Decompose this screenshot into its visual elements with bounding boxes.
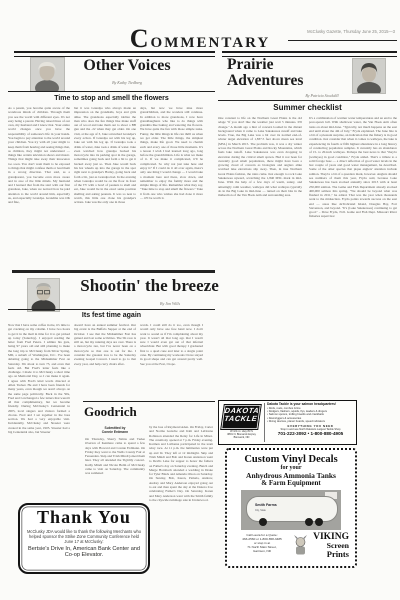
dakota-tackle-ad: DAKOTA TACKLE W 3/4 mi. Hwy 83 S 3801 N.… — [218, 400, 357, 445]
column-title-prairie-adventures: Prairie Adventures — [227, 57, 352, 90]
other-voices-column-3: days, but now we have nine more grandchi… — [140, 106, 203, 269]
shootin-column-2: doesn't have an annual summer festival. … — [74, 323, 136, 397]
viking-screen-prints-logo: VIKING Screen Prints — [293, 533, 349, 559]
vinyl-ad-line4: & Farm Equipment — [227, 480, 355, 488]
vinyl-ad-contact: Call Laura for a Quote: 463-2560 or 1-80… — [231, 533, 293, 559]
viking-mascot-image — [293, 534, 308, 556]
other-voices-rule — [8, 91, 215, 92]
viking-text-block: VIKING Screen Prints — [308, 533, 349, 559]
column-title-goodrich: Goodrich — [84, 404, 184, 420]
thank-you-body: McClusky JDA would like to thank the fol… — [20, 528, 148, 544]
newspaper-page: McClusky Gazette, Thursday June 25, 2015… — [0, 0, 400, 600]
thank-you-sponsors: Bertsie's Drive In, American Bank Center… — [20, 544, 148, 558]
column-title-other-voices: Other Voices — [66, 58, 188, 74]
shootin-column-3: wards. I could still do it too, even tho… — [140, 323, 203, 397]
viking-line3: Prints — [308, 550, 349, 559]
column-title-shootin-the-breeze: Shootin' the breeze — [62, 277, 237, 294]
columnist-photo-jim — [27, 278, 60, 312]
shootin-top-rule — [12, 270, 215, 273]
tank-wheel — [315, 518, 323, 526]
vinyl-ad-footer: Call Laura for a Quote: 463-2560 or 1-80… — [227, 533, 355, 559]
prairie-rule — [218, 100, 397, 101]
goodrich-column-2: by the loss of Raymond Aden. On Friday, … — [149, 425, 213, 565]
columnist-photo-patricia — [352, 58, 386, 94]
shootin-column-1: Now that I have some coffee in me, it's … — [8, 323, 70, 495]
tank-label: Smith Farms — [255, 503, 277, 507]
tank-photo: Smith Farms City, State — [241, 490, 341, 530]
dakota-tackle-logo-line2: TACKLE — [221, 415, 260, 423]
byline-shootin: By Jim Wills — [120, 301, 220, 306]
tank-wheel — [305, 518, 313, 526]
headline-fest-time: Its fest time again — [8, 312, 215, 319]
tank-wheel — [259, 518, 267, 526]
thank-you-title: Thank You — [20, 508, 148, 528]
woman-headshot-image — [353, 59, 385, 93]
man-headshot-image — [28, 279, 59, 311]
thank-you-ad: Thank You McClusky JDA would like to tha… — [18, 503, 150, 574]
goodrich-rule — [83, 401, 215, 402]
headline-summer-checklist: Summer checklist — [218, 103, 397, 112]
dakota-phone: 701-222-3092 • 1-800-880-4905 — [267, 431, 354, 436]
woman-headshot-image — [31, 58, 64, 91]
section-title: Commentary — [0, 24, 400, 54]
dakota-tackle-logo: DAKOTA TACKLE — [220, 404, 262, 430]
tank-sublabel: City, State — [255, 509, 266, 512]
columnist-photo-kathy — [30, 57, 65, 92]
vinyl-decals-ad: Custom Vinyl Decals for your Anhydrous A… — [225, 448, 357, 568]
byline-prairie-adventures: By Patricia Stockdill — [272, 93, 372, 98]
headline-other-voices: Time to stop and smell the flowers — [8, 95, 215, 102]
prairie-column-2: It's a combination of warmer water tempe… — [309, 116, 397, 398]
byline-other-voices: By Kathy Tiedberg — [66, 80, 188, 85]
prairie-column-1: One constant to life on the Northern Gre… — [218, 116, 302, 398]
goodrich-submitted-by: Submitted by Connie Erdmann — [85, 426, 145, 434]
vinyl-ad-title: Custom Vinyl Decals — [227, 454, 355, 465]
other-voices-column-2: but it was Grandpa who always made an im… — [74, 106, 136, 269]
other-voices-column-1: As a parent, you become quite aware of t… — [8, 106, 70, 269]
dakota-tackle-address: W 3/4 mi. Hwy 83 S 3801 N. Bismarck Expw… — [221, 430, 262, 439]
dakota-tackle-content: Dakota Tackle is your salmon headquarter… — [264, 403, 354, 442]
shootin-rule — [8, 309, 215, 310]
